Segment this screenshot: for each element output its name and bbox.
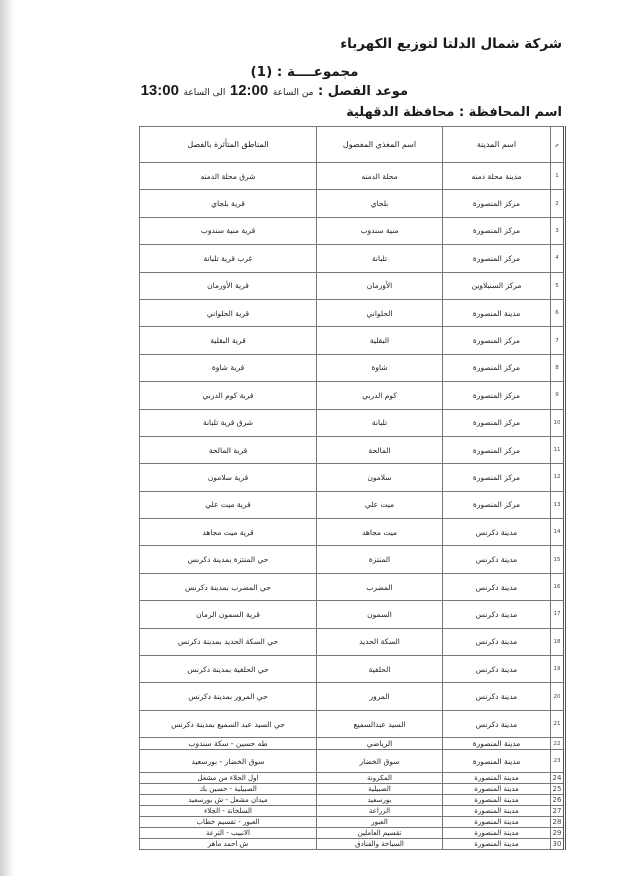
table-row: 21مدينة دكرنسالسيد عبدالسميعحي السيد عبد… xyxy=(140,710,565,737)
affected-areas-cell: قرية المالحة xyxy=(140,436,317,463)
city-cell: مدينة المنصورة xyxy=(443,299,551,326)
row-number: 20 xyxy=(551,683,565,710)
city-cell: مدينة دكرنس xyxy=(443,601,551,628)
table-row: 14مدينة دكرنسميت مجاهدقرية ميت مجاهد xyxy=(140,519,565,546)
feeder-cell: العبور xyxy=(317,817,443,828)
city-cell: مدينة المنصورة xyxy=(443,806,551,817)
feeder-cell: الزراعة xyxy=(317,806,443,817)
feeder-cell: الصبيلية xyxy=(317,784,443,795)
affected-areas-cell: العبور - تقسيم خطاب xyxy=(140,817,317,828)
city-cell: مدينة المنصورة xyxy=(443,738,551,750)
table-row: 26مدينة المنصورةبورسعيدميدان مشعل - ش بو… xyxy=(140,795,565,806)
row-number: 6 xyxy=(551,299,565,326)
table-row: 5مركز السنبلاوينالأورمانقرية الأورمان xyxy=(140,272,565,299)
affected-areas-cell: غرب قرية تلبانة xyxy=(140,245,317,272)
table-row: 16مدينة دكرنسالمضربحي المضرب بمدينة دكرن… xyxy=(140,573,565,600)
city-cell: مدينة المنصورة xyxy=(443,795,551,806)
city-cell: مركز المنصورة xyxy=(443,491,551,518)
city-cell: مدينة محلة دمنه xyxy=(443,163,551,190)
affected-areas-cell: قرية الأورمان xyxy=(140,272,317,299)
city-cell: مركز المنصورة xyxy=(443,217,551,244)
group-label: مجموعــــة : (1) xyxy=(200,64,409,80)
feeder-cell: المكرونة xyxy=(317,773,443,784)
column-header-feeder: اسم المغذي المفصول xyxy=(317,127,443,163)
table-row: 2مركز المنصورةبلجايقرية بلجاي xyxy=(140,190,565,217)
city-cell: مدينة المنصورة xyxy=(443,784,551,795)
row-number: 17 xyxy=(551,601,565,628)
affected-areas-cell: الانبيب - الترعة xyxy=(140,828,317,839)
from-time: 12:00 xyxy=(230,82,268,99)
feeder-cell: منية سندوب xyxy=(317,217,443,244)
table-row: 25مدينة المنصورةالصبيليةالصبيلية - حسين … xyxy=(140,784,565,795)
city-cell: مركز السنبلاوين xyxy=(443,272,551,299)
table-row: 29مدينة المنصورةتقسيم العاملينالانبيب - … xyxy=(140,828,565,839)
table-row: 12مركز المنصورةسلامونقرية سلامون xyxy=(140,464,565,491)
feeder-cell: تلبانة xyxy=(317,245,443,272)
table-row: 24مدينة المنصورةالمكرونةاول الجلاء من مش… xyxy=(140,773,565,784)
row-number: 2 xyxy=(551,190,565,217)
affected-areas-cell: قرية كوم الدربي xyxy=(140,382,317,409)
feeder-cell: السياحة والفنادق xyxy=(317,839,443,850)
city-cell: مركز المنصورة xyxy=(443,354,551,381)
feeder-cell: بلجاي xyxy=(317,190,443,217)
city-cell: مركز المنصورة xyxy=(443,190,551,217)
feeder-cell: تلبانة xyxy=(317,409,443,436)
table-row: 13مركز المنصورةميت عليقرية ميت علي xyxy=(140,491,565,518)
feeder-cell: المنتزة xyxy=(317,546,443,573)
row-number: 1 xyxy=(551,163,565,190)
row-number: 11 xyxy=(551,436,565,463)
city-cell: مدينة المنصورة xyxy=(443,839,551,850)
to-label: الى الساعة xyxy=(184,88,226,98)
row-number: 18 xyxy=(551,628,565,655)
row-number: 7 xyxy=(551,327,565,354)
feeder-cell: سوق الخضار xyxy=(317,750,443,773)
feeder-cell: الحلفية xyxy=(317,656,443,683)
row-number: 21 xyxy=(551,710,565,737)
feeder-cell: محلة الدمنه xyxy=(317,163,443,190)
row-number: 24 xyxy=(551,773,565,784)
affected-areas-cell: حي المنتزة بمدينة دكرنس xyxy=(140,546,317,573)
table-row: 30مدينة المنصورةالسياحة والفنادقش احمد م… xyxy=(140,839,565,850)
table-row: 7مركز المنصورةالبقليةقرية البقلية xyxy=(140,327,565,354)
feeder-cell: سلامون xyxy=(317,464,443,491)
city-cell: مركز المنصورة xyxy=(443,327,551,354)
column-header-number: م xyxy=(551,127,565,163)
city-cell: مركز المنصورة xyxy=(443,464,551,491)
city-cell: مركز المنصورة xyxy=(443,245,551,272)
feeder-cell: السيد عبدالسميع xyxy=(317,710,443,737)
affected-areas-cell: قرية السمون الرمان xyxy=(140,601,317,628)
city-cell: مدينة المنصورة xyxy=(443,773,551,784)
affected-areas-cell: قرية الحلواني xyxy=(140,299,317,326)
row-number: 30 xyxy=(551,839,565,850)
table-row: 8مركز المنصورةشاوةقرية شاوة xyxy=(140,354,565,381)
affected-areas-cell: قرية سلامون xyxy=(140,464,317,491)
city-cell: مدينة دكرنس xyxy=(443,628,551,655)
city-cell: مدينة المنصورة xyxy=(443,817,551,828)
affected-areas-cell: حي المضرب بمدينة دكرنس xyxy=(140,573,317,600)
city-cell: مدينة دكرنس xyxy=(443,683,551,710)
table-row: 17مدينة دكرنسالسمونقرية السمون الرمان xyxy=(140,601,565,628)
governorate-name: اسم المحافظة : محافظة الدقهلية xyxy=(346,105,562,120)
feeder-cell: المضرب xyxy=(317,573,443,600)
affected-areas-cell: شرق محلة الدمنه xyxy=(140,163,317,190)
row-number: 19 xyxy=(551,656,565,683)
table-row: 19مدينة دكرنسالحلفيةحي الحلفية بمدينة دك… xyxy=(140,656,565,683)
affected-areas-cell: حي السكة الحديد بمدينة دكرنس xyxy=(140,628,317,655)
row-number: 16 xyxy=(551,573,565,600)
row-number: 26 xyxy=(551,795,565,806)
affected-areas-cell: حي المرور بمدينة دكرنس xyxy=(140,683,317,710)
feeder-cell: الحلواني xyxy=(317,299,443,326)
affected-areas-cell: قرية ميت مجاهد xyxy=(140,519,317,546)
feeder-cell: الأورمان xyxy=(317,272,443,299)
row-number: 28 xyxy=(551,817,565,828)
city-cell: مدينة دكرنس xyxy=(443,710,551,737)
affected-areas-cell: قرية شاوة xyxy=(140,354,317,381)
city-cell: مركز المنصورة xyxy=(443,409,551,436)
to-time: 13:00 xyxy=(141,82,179,99)
city-cell: مدينة المنصورة xyxy=(443,750,551,773)
feeder-cell: بورسعيد xyxy=(317,795,443,806)
column-header-areas: المناطق المتأثرة بالفصل xyxy=(140,127,317,163)
table-row: 20مدينة دكرنسالمرورحي المرور بمدينة دكرن… xyxy=(140,683,565,710)
city-cell: مدينة دكرنس xyxy=(443,546,551,573)
affected-areas-cell: شرق قرية تلبانة xyxy=(140,409,317,436)
feeder-cell: السكة الحديد xyxy=(317,628,443,655)
table-row: 11مركز المنصورةالمالحةقرية المالحة xyxy=(140,436,565,463)
affected-areas-cell: قرية البقلية xyxy=(140,327,317,354)
affected-areas-cell: ش احمد ماهر xyxy=(140,839,317,850)
row-number: 23 xyxy=(551,750,565,773)
table-row: 1مدينة محلة دمنهمحلة الدمنهشرق محلة الدم… xyxy=(140,163,565,190)
feeder-cell: البقلية xyxy=(317,327,443,354)
table-row: 9مركز المنصورةكوم الدربيقرية كوم الدربي xyxy=(140,382,565,409)
row-number: 10 xyxy=(551,409,565,436)
table-row: 18مدينة دكرنسالسكة الحديدحي السكة الحديد… xyxy=(140,628,565,655)
row-number: 27 xyxy=(551,806,565,817)
outage-table: م اسم المدينة اسم المغذي المفصول المناطق… xyxy=(139,126,566,850)
table-row: 15مدينة دكرنسالمنتزةحي المنتزة بمدينة دك… xyxy=(140,546,565,573)
feeder-cell: ميت مجاهد xyxy=(317,519,443,546)
row-number: 22 xyxy=(551,738,565,750)
row-number: 29 xyxy=(551,828,565,839)
feeder-cell: السمون xyxy=(317,601,443,628)
row-number: 5 xyxy=(551,272,565,299)
table-header-row: م اسم المدينة اسم المغذي المفصول المناطق… xyxy=(140,127,565,163)
affected-areas-cell: ميدان مشعل - ش بورسعيد xyxy=(140,795,317,806)
table-row: 4مركز المنصورةتلبانةغرب قرية تلبانة xyxy=(140,245,565,272)
city-cell: مدينة دكرنس xyxy=(443,519,551,546)
city-cell: مدينة دكرنس xyxy=(443,573,551,600)
table-row: 6مدينة المنصورةالحلوانيقرية الحلواني xyxy=(140,299,565,326)
from-label: من الساعة xyxy=(273,88,314,98)
affected-areas-cell: سوق الخضار - بورسعيد xyxy=(140,750,317,773)
city-cell: مركز المنصورة xyxy=(443,382,551,409)
row-number: 13 xyxy=(551,491,565,518)
table-row: 3مركز المنصورةمنية سندوبقرية منية سندوب xyxy=(140,217,565,244)
feeder-cell: تقسيم العاملين xyxy=(317,828,443,839)
company-name: شركة شمال الدلتا لتوزيع الكهرباء xyxy=(340,36,562,52)
city-cell: مدينة دكرنس xyxy=(443,656,551,683)
row-number: 25 xyxy=(551,784,565,795)
cutoff-schedule: موعد الفصل : من الساعة 12:00 الى الساعة … xyxy=(58,82,408,99)
row-number: 3 xyxy=(551,217,565,244)
table-row: 23مدينة المنصورةسوق الخضارسوق الخضار - ب… xyxy=(140,750,565,773)
table-row: 28مدينة المنصورةالعبورالعبور - تقسيم خطا… xyxy=(140,817,565,828)
feeder-cell: المرور xyxy=(317,683,443,710)
city-cell: مدينة المنصورة xyxy=(443,828,551,839)
row-number: 4 xyxy=(551,245,565,272)
affected-areas-cell: حي الحلفية بمدينة دكرنس xyxy=(140,656,317,683)
affected-areas-cell: اول الجلاء من مشعل xyxy=(140,773,317,784)
affected-areas-cell: حي السيد عبد السميع بمدينة دكرنس xyxy=(140,710,317,737)
feeder-cell: المالحة xyxy=(317,436,443,463)
row-number: 8 xyxy=(551,354,565,381)
city-cell: مركز المنصورة xyxy=(443,436,551,463)
affected-areas-cell: قرية منية سندوب xyxy=(140,217,317,244)
affected-areas-cell: قرية بلجاي xyxy=(140,190,317,217)
column-header-city: اسم المدينة xyxy=(443,127,551,163)
table-row: 27مدينة المنصورةالزراعةالسلخانة - الجلاء xyxy=(140,806,565,817)
affected-areas-cell: قرية ميت علي xyxy=(140,491,317,518)
row-number: 9 xyxy=(551,382,565,409)
row-number: 12 xyxy=(551,464,565,491)
scan-edge-shadow xyxy=(0,0,14,876)
row-number: 15 xyxy=(551,546,565,573)
cutoff-label: موعد الفصل : xyxy=(318,84,408,99)
feeder-cell: الرياضي xyxy=(317,738,443,750)
affected-areas-cell: طه حسين - سكة سندوب xyxy=(140,738,317,750)
feeder-cell: شاوة xyxy=(317,354,443,381)
row-number: 14 xyxy=(551,519,565,546)
table-row: 22مدينة المنصورةالرياضيطه حسين - سكة سند… xyxy=(140,738,565,750)
feeder-cell: ميت علي xyxy=(317,491,443,518)
feeder-cell: كوم الدربي xyxy=(317,382,443,409)
affected-areas-cell: الصبيلية - حسين بك xyxy=(140,784,317,795)
affected-areas-cell: السلخانة - الجلاء xyxy=(140,806,317,817)
table-row: 10مركز المنصورةتلبانةشرق قرية تلبانة xyxy=(140,409,565,436)
